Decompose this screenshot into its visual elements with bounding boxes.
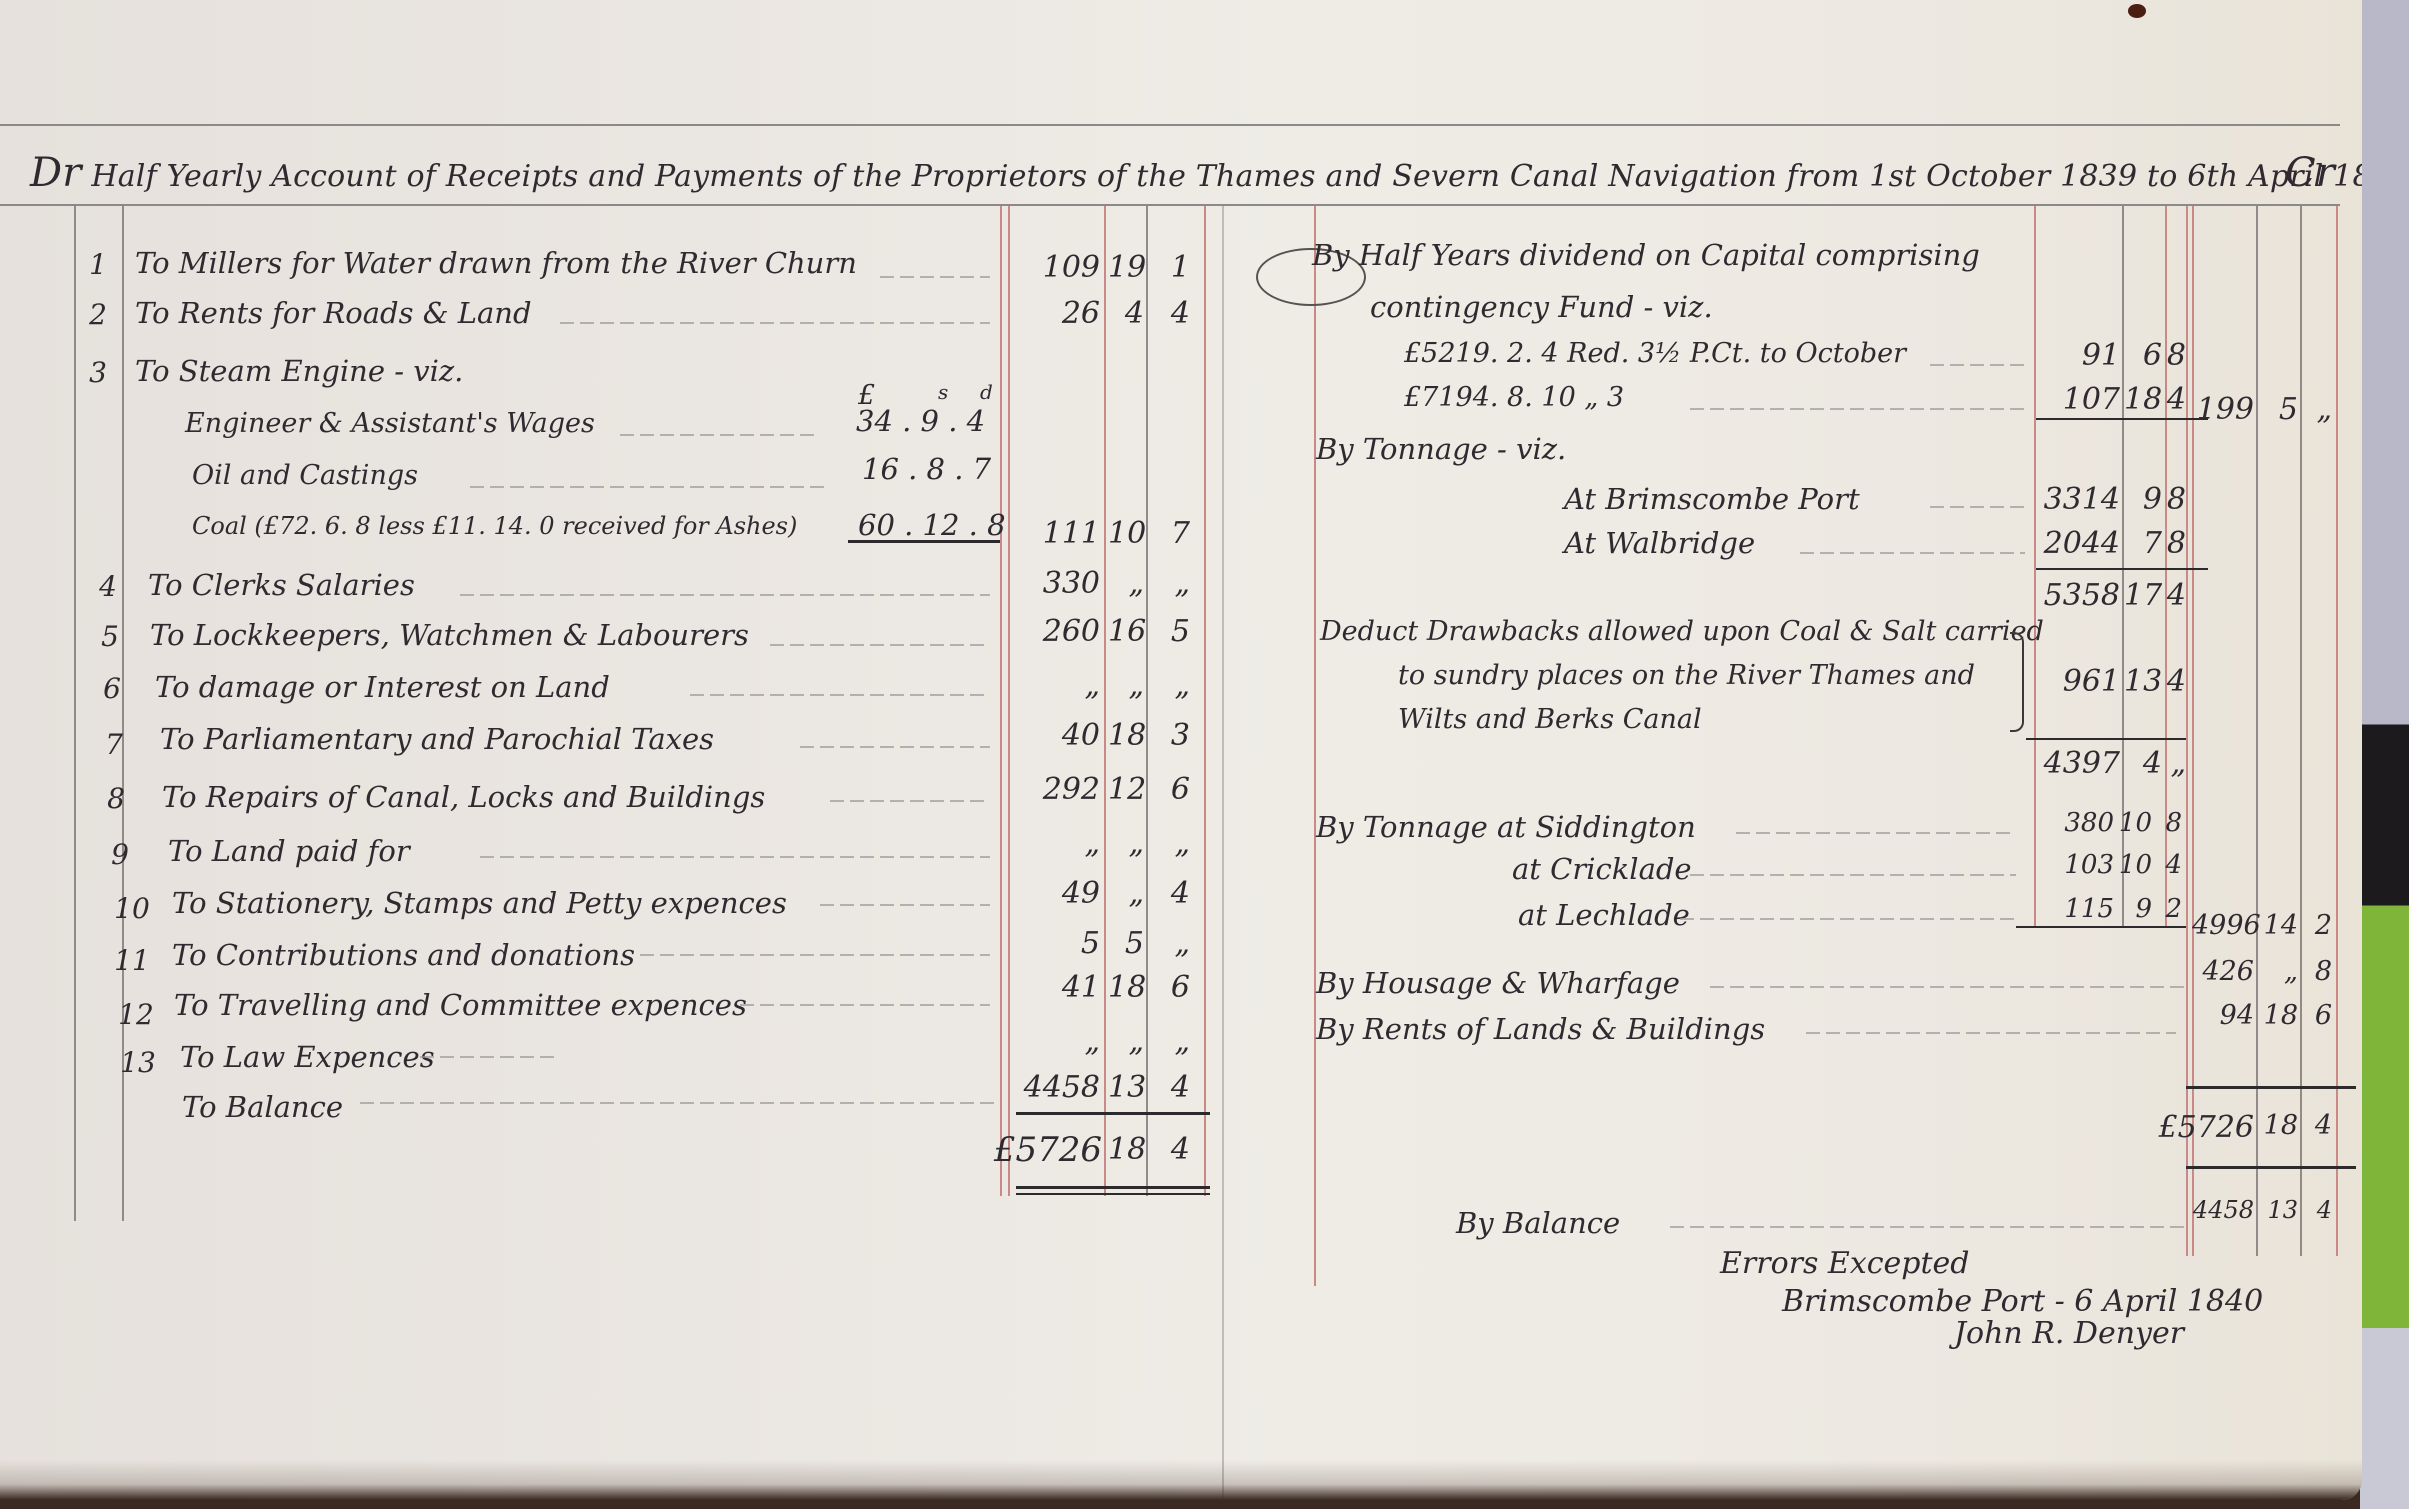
debit-item-label: To Parliamentary and Parochial Taxes xyxy=(160,722,714,756)
tonnage-subtotal-pence: 4 xyxy=(2166,578,2186,613)
pence: 4 xyxy=(1150,876,1190,911)
debit-item-label: To damage or Interest on Land xyxy=(155,670,610,704)
debit-item-label: To Steam Engine - viz. xyxy=(135,354,463,388)
double-rule xyxy=(1016,1193,1210,1195)
pence: 6 xyxy=(2302,1000,2332,1031)
balance-shillings: 13 xyxy=(2258,1196,2298,1224)
sub-item-amount: 60 . 12 . 8 xyxy=(858,508,1006,542)
leader-line xyxy=(820,904,990,906)
page-center-line xyxy=(1222,206,1224,1500)
row-number: 9 xyxy=(100,838,140,871)
leader-line xyxy=(770,644,990,646)
row-number: 11 xyxy=(112,944,152,977)
leader-line xyxy=(740,1004,990,1006)
row-number: 2 xyxy=(78,298,118,331)
shillings: 6 xyxy=(2124,338,2162,373)
housage-label: By Housage & Wharfage xyxy=(1316,966,1680,1000)
leader-line xyxy=(560,322,990,324)
leader-line xyxy=(1690,408,2025,410)
shillings: 12 xyxy=(1108,772,1144,807)
drawbacks-label-cont: Wilts and Berks Canal xyxy=(1398,704,1702,735)
drawbacks-label: Deduct Drawbacks allowed upon Coal & Sal… xyxy=(1320,616,2044,647)
leader-line xyxy=(1690,874,2016,876)
debit-item-label: To Millers for Water drawn from the Rive… xyxy=(135,246,857,280)
pence: 7 xyxy=(1150,516,1190,551)
shillings: „ xyxy=(1108,826,1144,861)
shillings: 7 xyxy=(2124,526,2162,561)
debit-item-label: To Repairs of Canal, Locks and Buildings xyxy=(162,780,765,814)
shillings: 19 xyxy=(1108,250,1144,285)
leader-line xyxy=(360,1102,1000,1104)
pence: 4 xyxy=(2154,850,2182,880)
row-number: 5 xyxy=(90,620,130,653)
leader-line xyxy=(620,434,820,436)
double-rule xyxy=(2186,1166,2356,1169)
debit-total-pence: 4 xyxy=(1150,1132,1190,1167)
rule-line xyxy=(1104,206,1106,1196)
subtotal-rule xyxy=(848,540,1000,543)
ledger-title: Dr Half Yearly Account of Receipts and P… xyxy=(30,150,2362,196)
leader-line xyxy=(1800,552,2025,554)
credit-total-shillings: 18 xyxy=(2258,1110,2298,1141)
tonnage-other-label: at Lechlade xyxy=(1518,898,1690,932)
rule-line xyxy=(2186,206,2188,1256)
pounds: 91 xyxy=(2040,338,2120,373)
balance-pence: 4 xyxy=(2302,1196,2332,1224)
shillings: 18 xyxy=(1108,970,1144,1005)
leader-line xyxy=(880,276,990,278)
shillings: 18 xyxy=(2258,1000,2298,1031)
subtotal-rule xyxy=(2026,738,2186,740)
sub-item-amount: 16 . 8 . 7 xyxy=(862,452,991,486)
dividend-total-shillings: 5 xyxy=(2258,392,2298,427)
row-number: 4 xyxy=(88,570,128,603)
bracket xyxy=(2010,632,2024,732)
total-rule xyxy=(1016,1112,1210,1115)
dividend-line-label: £7194. 8. 10 „ 3 xyxy=(1404,382,1624,413)
pounds: 330 xyxy=(1010,566,1100,601)
drawbacks-net-pence: „ xyxy=(2166,746,2186,781)
pounds: „ xyxy=(1010,1024,1100,1059)
shillings: „ xyxy=(1108,876,1144,911)
tonnage-other-label: at Cricklade xyxy=(1512,852,1692,886)
shillings: 5 xyxy=(1108,926,1144,961)
pounds: 426 xyxy=(2192,956,2254,987)
row-number: 10 xyxy=(112,892,152,925)
drawbacks-label-cont: to sundry places on the River Thames and xyxy=(1398,660,1975,691)
row-number: 3 xyxy=(78,356,118,389)
credit-total-pounds: £5726 xyxy=(2110,1110,2254,1145)
pounds: 3314 xyxy=(2040,482,2120,517)
leader-line xyxy=(1930,364,2025,366)
shillings: 10 xyxy=(2116,850,2152,880)
pounds: 103 xyxy=(2030,850,2114,880)
pounds: 49 xyxy=(1010,876,1100,911)
subtotal-rule xyxy=(2036,568,2208,570)
shillings: „ xyxy=(1108,566,1144,601)
debit-marker: Dr xyxy=(30,150,82,196)
debit-item-label: To Travelling and Committee expences xyxy=(174,988,747,1022)
shillings: 18 xyxy=(1108,718,1144,753)
pence: „ xyxy=(1150,668,1190,703)
signature-place-date: Brimscombe Port - 6 April 1840 xyxy=(1782,1284,2263,1319)
pounds: 961 xyxy=(2040,664,2120,699)
drawbacks-net-shillings: 4 xyxy=(2124,746,2162,781)
pounds: 380 xyxy=(2030,808,2114,838)
pounds: 109 xyxy=(1010,250,1100,285)
sub-header-pence: d xyxy=(980,380,993,404)
debit-item-label: To Contributions and donations xyxy=(172,938,635,972)
rule-line xyxy=(1000,206,1002,1196)
pounds: 107 xyxy=(2040,382,2120,417)
drawbacks-net-pounds: 4397 xyxy=(2036,746,2120,781)
pounds: 260 xyxy=(1010,614,1100,649)
leader-line xyxy=(470,486,830,488)
dividend-line-label: £5219. 2. 4 Red. 3½ P.Ct. to October xyxy=(1404,338,1906,369)
ledger-page: Dr Half Yearly Account of Receipts and P… xyxy=(0,0,2362,1500)
debit-balance-label: To Balance xyxy=(182,1090,343,1124)
rule-line xyxy=(2256,206,2258,1256)
shillings: 16 xyxy=(1108,614,1144,649)
page-edge xyxy=(0,1460,2362,1500)
rule-line xyxy=(1314,206,1316,1286)
rule-line xyxy=(1204,206,1206,1196)
rule-line xyxy=(1146,206,1148,1196)
sub-item-label: Engineer & Assistant's Wages xyxy=(185,408,595,439)
pence: 6 xyxy=(1150,772,1190,807)
signature-name: John R. Denyer xyxy=(1954,1316,2184,1351)
errors-excepted: Errors Excepted xyxy=(1720,1246,1970,1281)
rule-line xyxy=(2192,206,2194,1256)
debit-item-label: To Law Expences xyxy=(180,1040,435,1074)
leader-line xyxy=(1806,1032,2176,1034)
pence: „ xyxy=(1150,826,1190,861)
pence: 8 xyxy=(2302,956,2332,987)
credit-dividend-label-cont: contingency Fund - viz. xyxy=(1370,290,1713,324)
pounds: 40 xyxy=(1010,718,1100,753)
debit-total-pounds: £5726 xyxy=(990,1130,1102,1170)
leader-line xyxy=(460,594,990,596)
subtotal-rule xyxy=(2016,926,2186,928)
credit-total-pence: 4 xyxy=(2302,1110,2332,1141)
dividend-total-pence: „ xyxy=(2302,392,2332,427)
shillings: „ xyxy=(1108,668,1144,703)
credit-dividend-label: By Half Years dividend on Capital compri… xyxy=(1312,238,1980,272)
rule-line xyxy=(2336,206,2338,1256)
debit-item-label: To Land paid for xyxy=(168,834,410,868)
credit-tonnage-label: By Tonnage - viz. xyxy=(1316,432,1566,466)
tonnage-other-label: By Tonnage at Siddington xyxy=(1316,810,1696,844)
debit-total-shillings: 18 xyxy=(1108,1132,1144,1167)
pence: 8 xyxy=(2166,526,2186,561)
pence: „ xyxy=(1150,1024,1190,1059)
pounds: 292 xyxy=(1010,772,1100,807)
tonnage-other-total-pounds: 4996 xyxy=(2192,910,2254,941)
pounds: 2044 xyxy=(2040,526,2120,561)
pounds: 115 xyxy=(2030,894,2114,924)
pence: „ xyxy=(1150,566,1190,601)
pence: 4 xyxy=(1150,296,1190,331)
shillings: 10 xyxy=(2116,808,2152,838)
tonnage-line-label: At Brimscombe Port xyxy=(1564,482,1860,516)
pence: 1 xyxy=(1150,250,1190,285)
tonnage-other-total-pence: 2 xyxy=(2302,910,2332,941)
subtotal-rule xyxy=(2036,418,2208,420)
sub-item-label: Oil and Castings xyxy=(192,460,418,491)
shillings: „ xyxy=(2258,956,2298,987)
shillings: 4 xyxy=(1108,296,1144,331)
leader-line xyxy=(480,856,990,858)
rents-label: By Rents of Lands & Buildings xyxy=(1316,1012,1765,1046)
title-text: Half Yearly Account of Receipts and Paym… xyxy=(91,159,2362,194)
tonnage-subtotal-shillings: 17 xyxy=(2124,578,2162,613)
pounds: 4458 xyxy=(1010,1070,1100,1105)
pounds: 5 xyxy=(1010,926,1100,961)
credit-marker: Cr xyxy=(2285,150,2335,196)
dividend-total-pounds: 199 xyxy=(2196,392,2254,427)
tonnage-line-label: At Walbridge xyxy=(1564,526,1755,560)
leader-line xyxy=(1680,918,2016,920)
tonnage-subtotal-pounds: 5358 xyxy=(2040,578,2120,613)
pence: 8 xyxy=(2166,338,2186,373)
shillings: 9 xyxy=(2124,482,2162,517)
pounds: 111 xyxy=(1010,516,1100,551)
pounds: „ xyxy=(1010,826,1100,861)
pence: 4 xyxy=(2166,382,2186,417)
balance-pounds: 4458 xyxy=(2192,1196,2254,1224)
pence: 8 xyxy=(2154,808,2182,838)
leader-line xyxy=(420,1056,560,1058)
shillings: „ xyxy=(1108,1024,1144,1059)
pence: 8 xyxy=(2166,482,2186,517)
shillings: 18 xyxy=(2124,382,2162,417)
row-number: 7 xyxy=(94,728,134,761)
shillings: 9 xyxy=(2116,894,2152,924)
top-rule xyxy=(0,124,2340,126)
double-rule xyxy=(1016,1186,1210,1189)
ink-blot xyxy=(2128,4,2146,18)
pounds: 41 xyxy=(1010,970,1100,1005)
leader-line xyxy=(830,800,990,802)
pence: 4 xyxy=(1150,1070,1190,1105)
pence: 2 xyxy=(2154,894,2182,924)
rule-line xyxy=(2300,206,2302,1256)
sub-item-amount: 34 . 9 . 4 xyxy=(856,404,985,438)
total-rule xyxy=(2186,1086,2356,1089)
background-backdrop xyxy=(2360,0,2409,1509)
credit-balance-label: By Balance xyxy=(1456,1206,1620,1240)
pounds: 94 xyxy=(2192,1000,2254,1031)
row-number: 1 xyxy=(78,248,118,281)
row-number: 8 xyxy=(96,782,136,815)
row-number: 6 xyxy=(92,672,132,705)
pence: 4 xyxy=(2166,664,2186,699)
shillings: 13 xyxy=(2124,664,2162,699)
pence: 5 xyxy=(1150,614,1190,649)
leader-line xyxy=(1710,986,2186,988)
pence: 3 xyxy=(1150,718,1190,753)
row-number: 12 xyxy=(116,998,156,1031)
leader-line xyxy=(1930,506,2025,508)
pounds: 26 xyxy=(1010,296,1100,331)
shillings: 10 xyxy=(1108,516,1144,551)
pence: 6 xyxy=(1150,970,1190,1005)
leader-line xyxy=(690,694,990,696)
row-number: 13 xyxy=(118,1046,158,1079)
leader-line xyxy=(1736,832,2016,834)
shillings: 13 xyxy=(1108,1070,1144,1105)
rule-line xyxy=(74,206,76,1221)
leader-line xyxy=(1670,1226,2184,1228)
leader-line xyxy=(640,954,990,956)
tonnage-other-total-shillings: 14 xyxy=(2258,910,2298,941)
debit-item-label: To Stationery, Stamps and Petty expences xyxy=(172,886,787,920)
leader-line xyxy=(800,746,990,748)
pounds: „ xyxy=(1010,668,1100,703)
sub-header-shillings: s xyxy=(938,380,948,404)
header-rule xyxy=(0,204,2340,206)
debit-item-label: To Rents for Roads & Land xyxy=(135,296,532,330)
sub-item-label: Coal (£72. 6. 8 less £11. 14. 0 received… xyxy=(192,512,797,540)
debit-item-label: To Clerks Salaries xyxy=(148,568,415,602)
pence: „ xyxy=(1150,926,1190,961)
debit-item-label: To Lockkeepers, Watchmen & Labourers xyxy=(150,618,749,652)
